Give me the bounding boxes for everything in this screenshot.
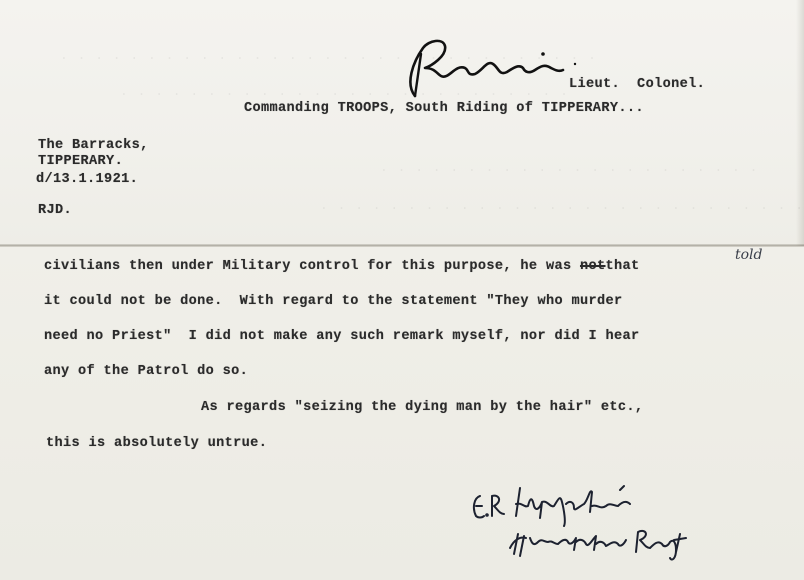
signature-bottom (470, 478, 750, 568)
body-line-6: this is absolutely untrue. (46, 436, 267, 451)
signature-top (395, 34, 585, 104)
reference-initials: RJD. (38, 203, 72, 218)
signatory-rank: Lieut. Colonel. (569, 77, 705, 92)
sheet-overlap-edge (0, 244, 804, 247)
show-through-text: . . . . . . . . . . . . . . . . . . . . … (320, 198, 804, 213)
address-line-2: TIPPERARY. (38, 154, 123, 169)
letter-date: d/13.1.1921. (36, 172, 138, 187)
signatory-title: Commanding TROOPS, South Riding of TIPPE… (244, 101, 644, 116)
body-line-5: As regards "seizing the dying man by the… (201, 400, 643, 415)
body-line-2: it could not be done. With regard to the… (44, 294, 623, 309)
body-line-3: need no Priest" I did not make any such … (44, 329, 640, 344)
show-through-text: . . . . . . . . . . . . . . . . . . . . … (380, 160, 758, 175)
body-line-4: any of the Patrol do so. (44, 364, 248, 379)
body-line-1: civilians then under Military control fo… (44, 259, 640, 274)
address-line-1: The Barracks, (38, 138, 149, 153)
struck-word: not (580, 259, 606, 274)
body-line-1-end: that (606, 259, 640, 274)
body-line-1-text: civilians then under Military control fo… (44, 259, 580, 274)
handwritten-correction: told (735, 247, 763, 263)
